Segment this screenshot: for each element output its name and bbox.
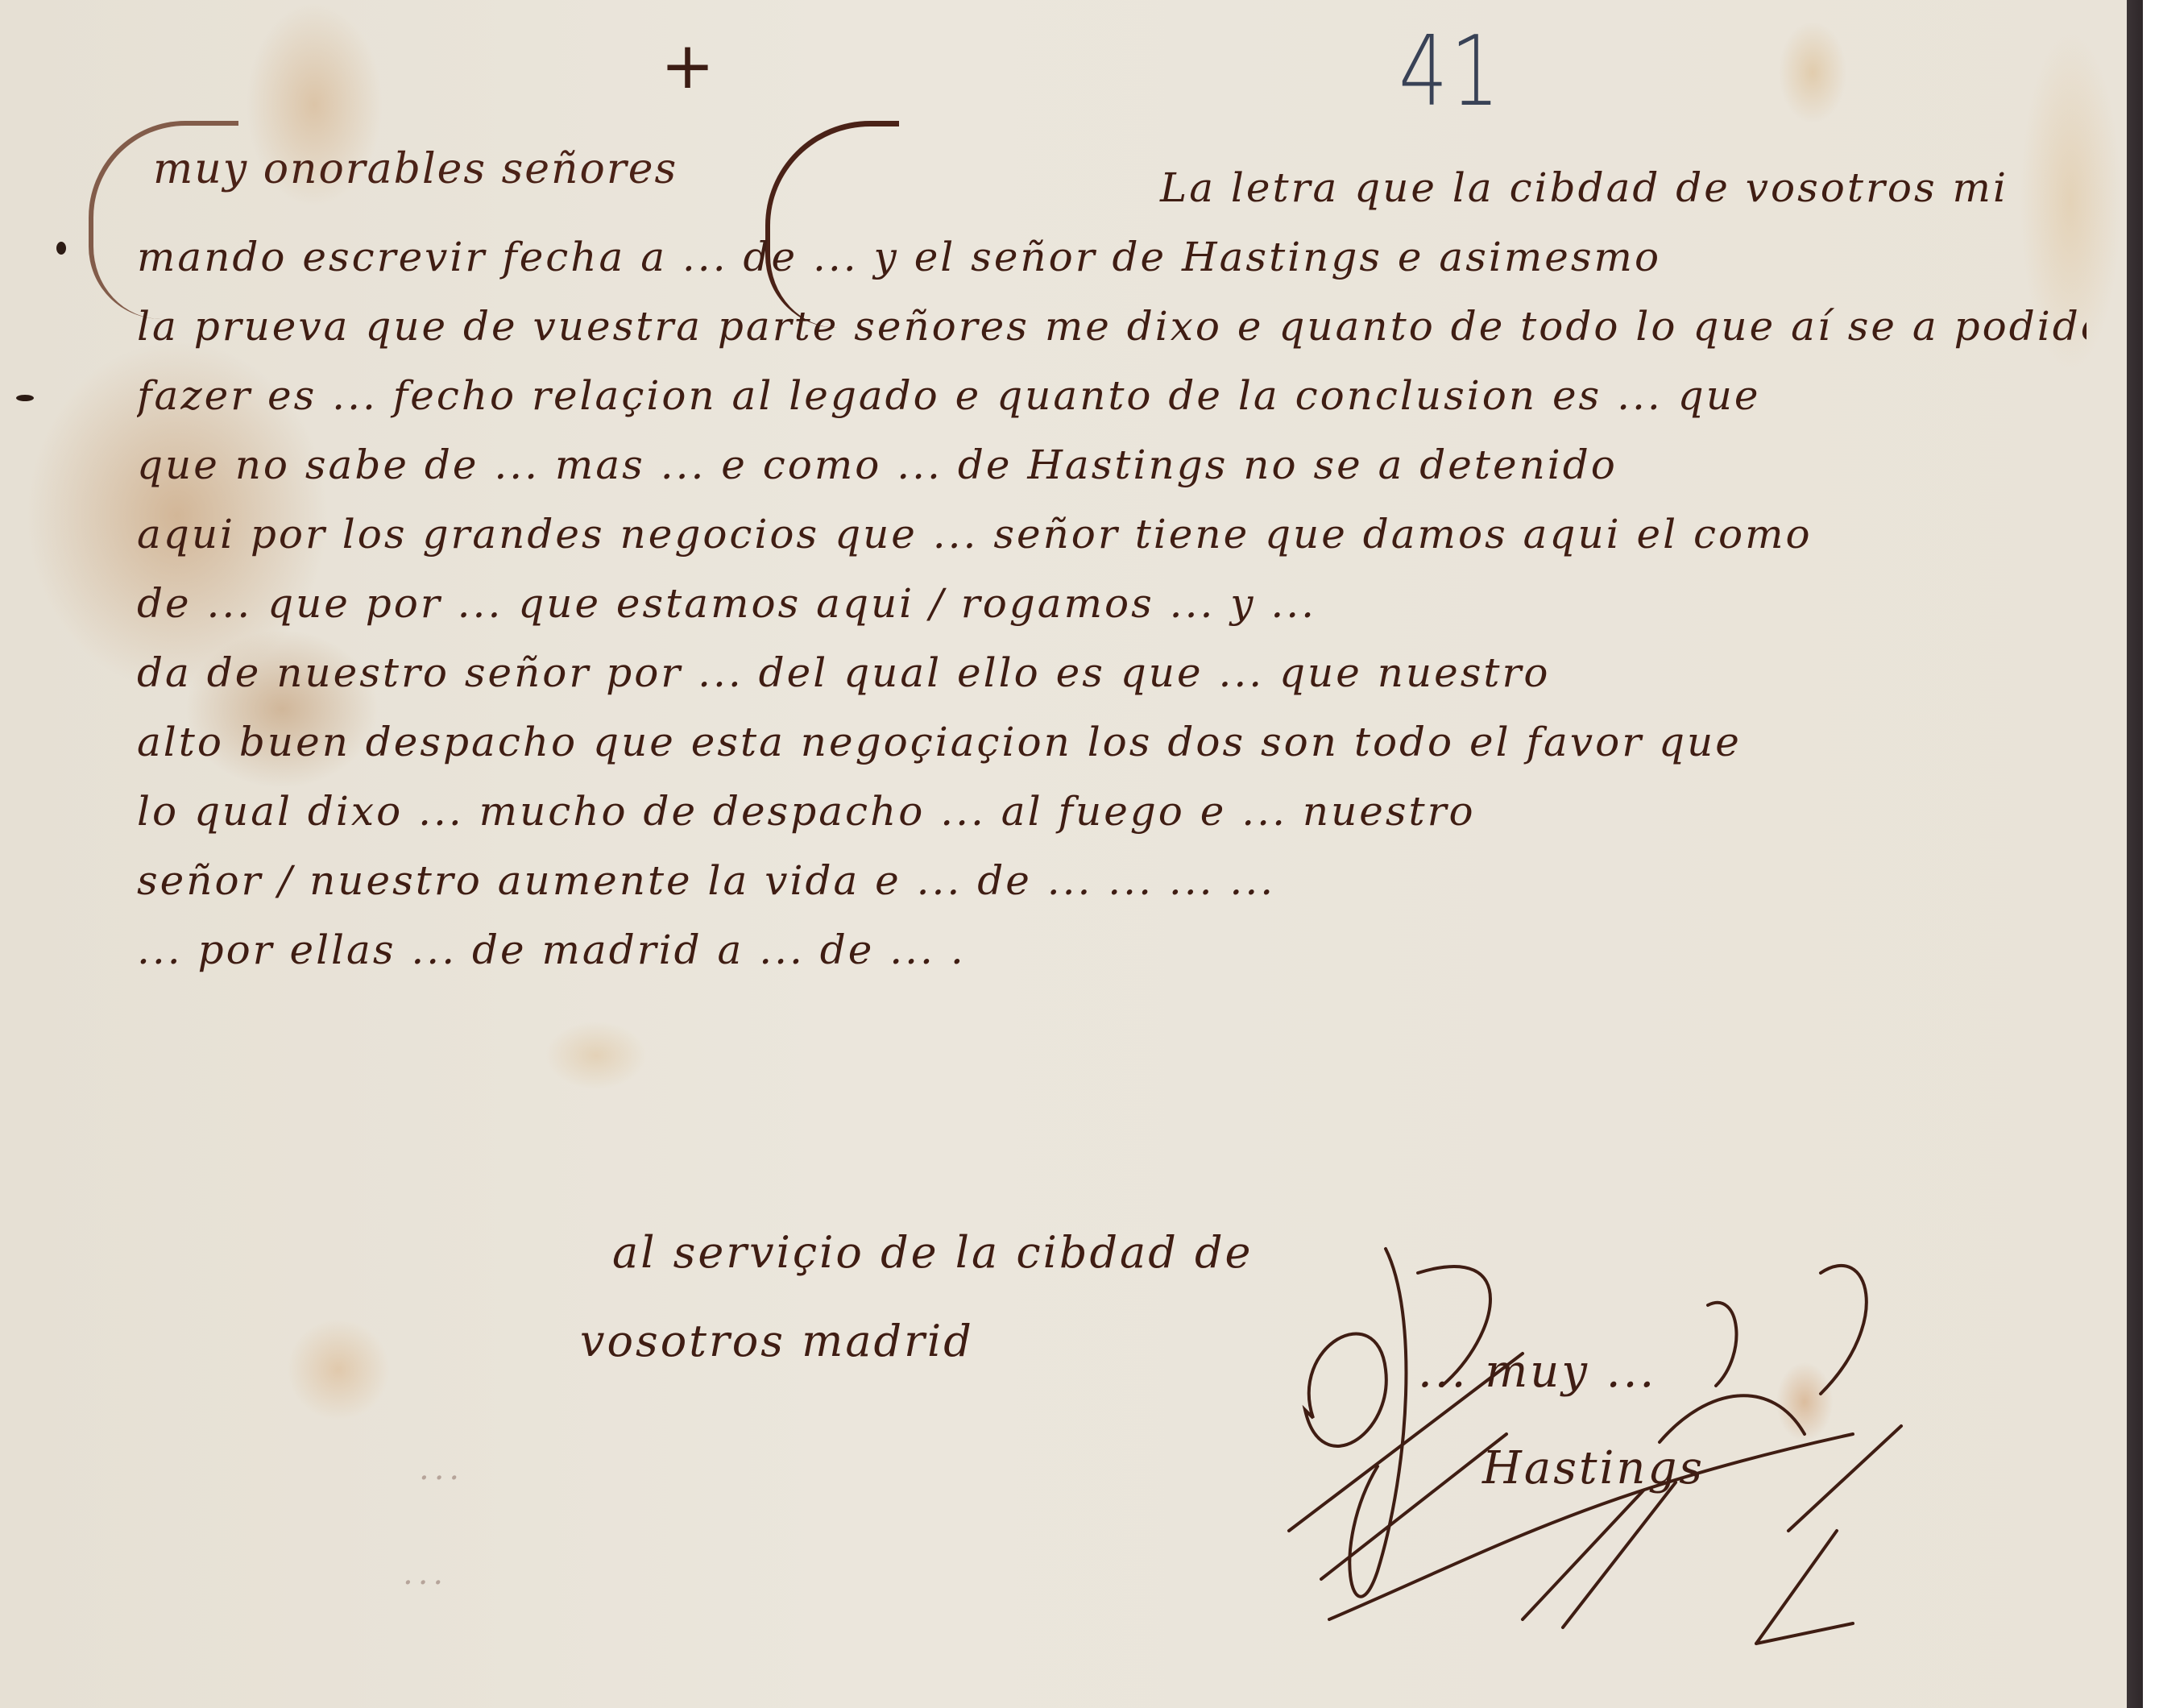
body-line: fazer es ... fecho relaçion al legado e … <box>137 361 2086 430</box>
ink-dot <box>56 242 66 255</box>
signature-line-1: ... muy ... <box>1418 1345 1656 1398</box>
body-line: lo qual dixo ... mucho de despacho ... a… <box>137 777 2086 846</box>
letter-body: La letra que la cibdad de vosotros mi ma… <box>137 153 2086 985</box>
ink-mark <box>16 395 34 401</box>
faded-offset-text: ... <box>403 1555 448 1592</box>
signature-line-2: Hastings <box>1482 1442 1705 1494</box>
body-line: señor / nuestro aumente la vida e ... de… <box>137 846 2086 915</box>
closing-formula: al serviçio de la cibdad de vosotros mad… <box>612 1208 1254 1386</box>
paper-sheet: + 41 muy onorables señores La letra que … <box>0 0 2127 1708</box>
page-edge <box>2127 0 2143 1708</box>
body-line: la prueva que de vuestra parte señores m… <box>137 292 2086 361</box>
body-line: que no sabe de ... mas ... e como ... de… <box>137 430 2086 500</box>
body-line: da de nuestro señor por ... del qual ell… <box>137 638 2086 707</box>
body-line: de ... que por ... que estamos aqui / ro… <box>137 569 2086 638</box>
body-line: mando escrevir fecha a ... de ... y el s… <box>137 222 2086 292</box>
body-line: alto buen despacho que esta negoçiaçion … <box>137 707 2086 777</box>
manuscript-scan: + 41 muy onorables señores La letra que … <box>0 0 2159 1708</box>
folio-number: 41 <box>1399 16 1502 128</box>
closing-line-2: vosotros madrid <box>580 1297 1254 1386</box>
faded-offset-text: ... <box>419 1450 464 1487</box>
closing-line-1: al serviçio de la cibdad de <box>612 1227 1254 1278</box>
body-line: aqui por los grandes negocios que ... se… <box>137 500 2086 569</box>
signature-block: ... muy ... Hastings <box>1257 1225 1917 1676</box>
cross-mark: + <box>661 28 715 103</box>
scan-border <box>2143 0 2159 1708</box>
body-line: La letra que la cibdad de vosotros mi <box>137 153 2086 222</box>
body-line: ... por ellas ... de madrid a ... de ...… <box>137 915 2086 985</box>
